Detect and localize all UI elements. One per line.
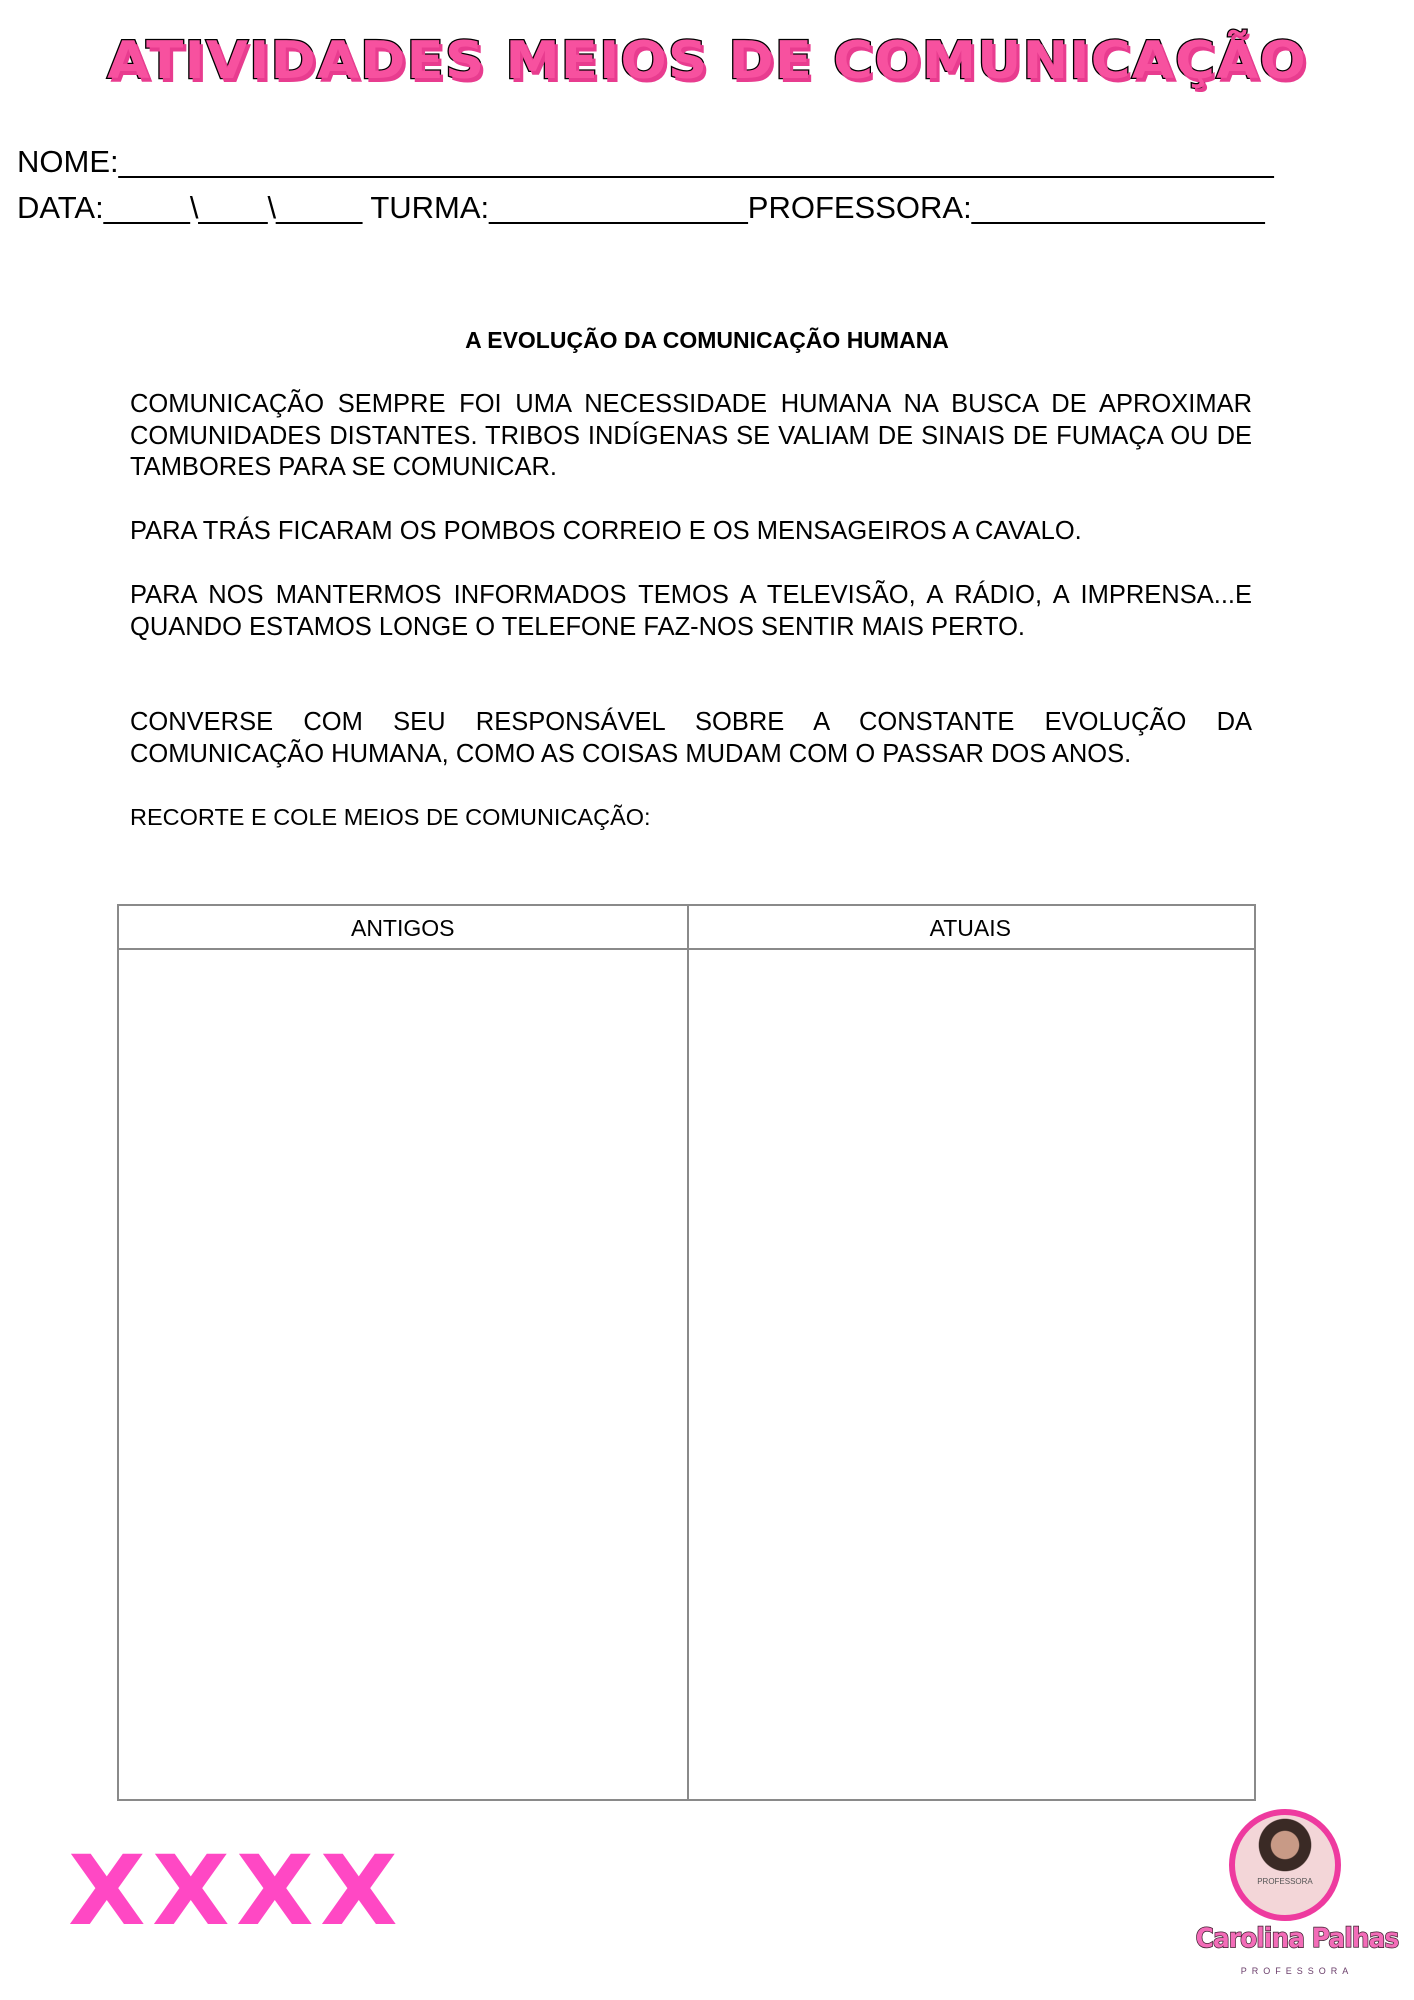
- section-heading: A EVOLUÇÃO DA COMUNICAÇÃO HUMANA: [0, 326, 1414, 354]
- logo-name: Carolina Palhas: [1189, 1922, 1404, 1956]
- decorative-x-marks: XXXX: [68, 1846, 404, 1936]
- logo-subtitle: PROFESSORA: [1180, 1966, 1414, 1976]
- page-title: ATIVIDADES MEIOS DE COMUNICAÇÃO: [0, 26, 1414, 96]
- column-header-atuais: ATUAIS: [687, 906, 1255, 948]
- cell-antigos[interactable]: [119, 950, 687, 1799]
- paragraph-3: PARA NOS MANTERMOS INFORMADOS TEMOS A TE…: [130, 580, 1252, 643]
- column-header-antigos: ANTIGOS: [119, 906, 687, 948]
- shirt-text: PROFESSORA: [1235, 1877, 1335, 1886]
- paragraph-2: PARA TRÁS FICARAM OS POMBOS CORREIO E OS…: [130, 516, 1252, 548]
- cell-atuais[interactable]: [689, 950, 1254, 1799]
- teacher-photo-avatar: PROFESSORA: [1229, 1809, 1341, 1921]
- cut-and-paste-table: ANTIGOS ATUAIS: [117, 904, 1256, 1801]
- name-field-line[interactable]: NOME:___________________________________…: [17, 144, 1274, 180]
- paragraph-4: CONVERSE COM SEU RESPONSÁVEL SOBRE A CON…: [130, 707, 1252, 770]
- instruction-text: RECORTE E COLE MEIOS DE COMUNICAÇÃO:: [130, 802, 1252, 834]
- date-class-teacher-line[interactable]: DATA:_____\____\_____ TURMA:____________…: [17, 190, 1265, 226]
- paragraph-1: COMUNICAÇÃO SEMPRE FOI UMA NECESSIDADE H…: [130, 389, 1252, 484]
